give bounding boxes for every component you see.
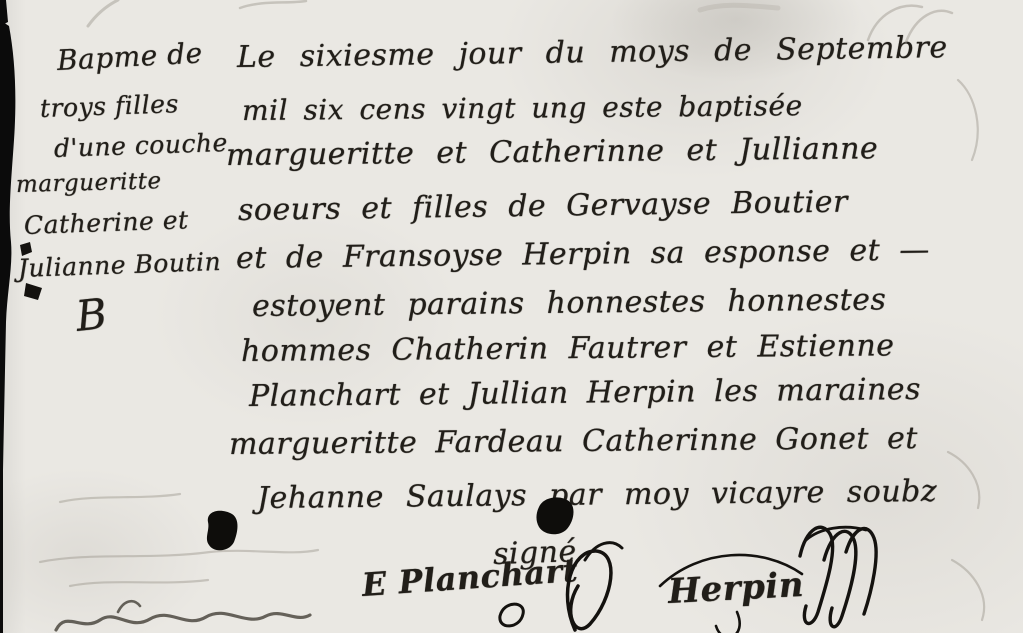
margin-line: Catherine et [23, 205, 189, 240]
manuscript-page-scan: Bapme de troys filles d'une couche margu… [0, 0, 1023, 633]
scan-edge-top [0, 0, 8, 26]
cut-off-next-entry [56, 601, 310, 630]
record-line: et de Fransoyse Herpin sa esponse et — [236, 233, 930, 276]
record-line: Jehanne Saulays par moy vicayre soubz [257, 474, 937, 516]
margin-line: troys filles [39, 89, 179, 123]
margin-line: Bapme de [56, 36, 203, 77]
record-line: hommes Chatherin Fautrer et Estienne [241, 328, 895, 369]
ink-blot [24, 283, 42, 300]
margin-line: margueritte [16, 168, 162, 198]
record-line: margueritte et Catherinne et Jullianne [226, 131, 879, 173]
signature-planchart: E Planchart [361, 551, 579, 604]
scan-edge [0, 20, 15, 633]
ink-blot [207, 511, 238, 551]
record-line: soeurs et filles de Gervayse Boutier [238, 184, 848, 228]
margin-line: Julianne Boutin [17, 247, 221, 283]
margin-line: d'une couche [53, 128, 228, 163]
record-line: margueritte Fardeau Catherinne Gonet et [229, 421, 918, 462]
signature-herpin: Herpin [667, 565, 805, 612]
record-line: estoyent parains honnestes honnestes [252, 282, 887, 324]
record-line: Planchart et Jullian Herpin les maraines [249, 372, 921, 414]
margin-paraph: B [73, 289, 109, 341]
record-line: mil six cens vingt ung este baptisée [242, 89, 803, 127]
record-line: Le sixiesme jour du moys de Septembre [237, 30, 948, 75]
